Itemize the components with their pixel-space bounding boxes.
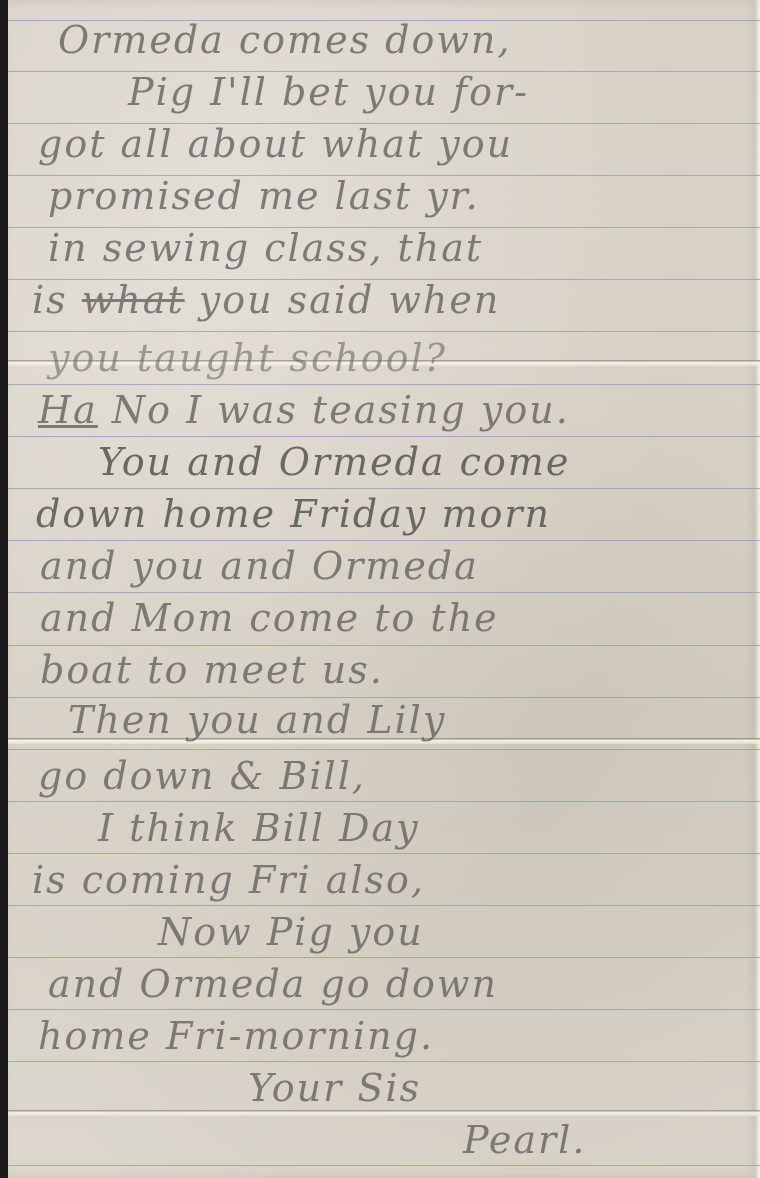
letter-line: Pig I'll bet you for- — [128, 70, 529, 114]
letter-line: Now Pig you — [158, 910, 424, 954]
letter-line: down home Friday morn — [36, 492, 551, 536]
ruled-line — [8, 801, 760, 802]
letter-line: boat to meet us. — [40, 648, 384, 692]
ruled-line — [8, 645, 760, 646]
line-text: No I was teasing you. — [98, 388, 570, 432]
letter-line: and Ormeda go down — [48, 962, 498, 1006]
letter-line: is what you said when — [32, 278, 500, 322]
letter-page: Ormeda comes down, Pig I'll bet you for-… — [8, 0, 760, 1178]
letter-signature: Pearl. — [463, 1118, 586, 1162]
letter-line: I think Bill Day — [98, 806, 420, 850]
letter-line: got all about what you — [38, 122, 513, 166]
line-text: is — [32, 278, 82, 322]
letter-line: and you and Ormeda — [40, 544, 479, 588]
letter-line: go down & Bill, — [38, 754, 366, 798]
letter-line: and Mom come to the — [40, 596, 499, 640]
letter-signoff: Your Sis — [248, 1066, 421, 1110]
ruled-line — [8, 853, 760, 854]
letter-line: You and Ormeda come — [98, 440, 570, 484]
underlined-word: Ha — [38, 388, 98, 432]
ruled-line — [8, 1009, 760, 1010]
letter-line: you taught school? — [48, 336, 447, 380]
struck-word: what — [82, 278, 185, 322]
letter-line: Then you and Lily — [68, 698, 446, 742]
letter-line: Ha No I was teasing you. — [38, 388, 570, 432]
letter-line: is coming Fri also, — [32, 858, 425, 902]
ruled-line — [8, 384, 760, 385]
line-text: you said when — [185, 278, 501, 322]
page-edge — [754, 0, 760, 1178]
ruled-line — [8, 1165, 760, 1166]
ruled-line — [8, 436, 760, 437]
paper-fold — [8, 1110, 760, 1116]
ruled-line — [8, 540, 760, 541]
ruled-line — [8, 905, 760, 906]
ruled-line — [8, 592, 760, 593]
letter-line: promised me last yr. — [48, 174, 480, 218]
letter-line: Ormeda comes down, — [58, 18, 511, 62]
ruled-line — [8, 957, 760, 958]
ruled-line — [8, 749, 760, 750]
ruled-line — [8, 488, 760, 489]
ruled-line — [8, 331, 760, 332]
letter-line: home Fri-morning. — [38, 1014, 434, 1058]
letter-line: in sewing class, that — [48, 226, 483, 270]
ruled-line — [8, 1061, 760, 1062]
